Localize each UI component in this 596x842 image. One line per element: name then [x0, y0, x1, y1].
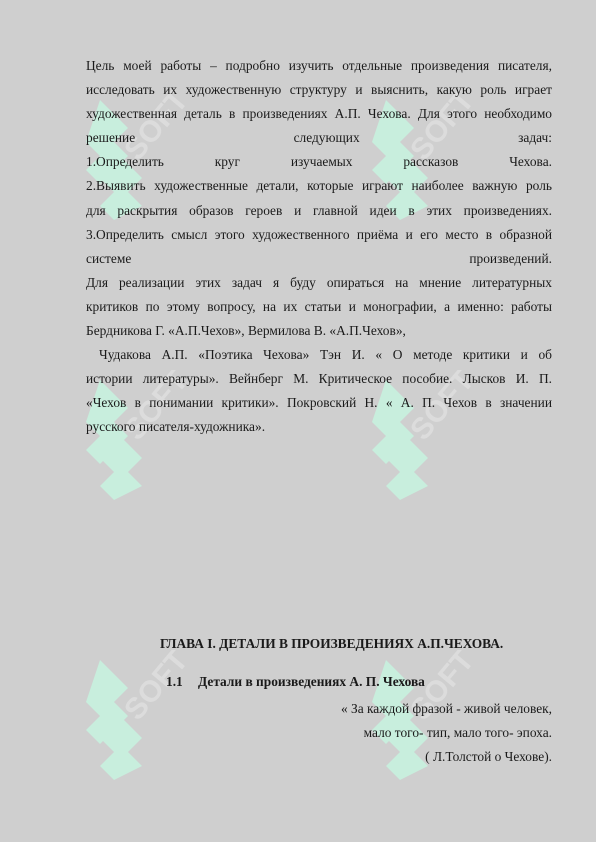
epigraph-line: « За каждой фразой - живой человек,	[341, 697, 552, 721]
body-text-line: Для реализации этих задач я буду опирать…	[86, 271, 552, 295]
body-text-line: Чудакова А.П. «Поэтика Чехова» Тэн И. « …	[86, 343, 552, 367]
body-text-line: истории литературы». Вейнберг М. Критиче…	[86, 367, 552, 391]
body-text-line: 2.Выявить художественные детали, которые…	[86, 174, 552, 198]
intro-paragraph: Цель моей работы – подробно изучить отде…	[86, 54, 552, 319]
watermark-logo-icon: SOFT	[78, 650, 188, 790]
epigraph-attribution: ( Л.Толстой о Чехове).	[341, 745, 552, 769]
document-body: Цель моей работы – подробно изучить отде…	[86, 54, 552, 440]
body-text-line: Цель моей работы – подробно изучить отде…	[86, 54, 552, 78]
section-title: Детали в произведениях А. П. Чехова	[198, 674, 425, 689]
body-text-line: для раскрытия образов героев и главной и…	[86, 199, 552, 223]
body-text-line: исследовать их художественную структуру …	[86, 78, 552, 102]
epigraph-line: мало того- тип, мало того- эпоха.	[341, 721, 552, 745]
epigraph: « За каждой фразой - живой человек, мало…	[341, 697, 552, 769]
body-text-line: 3.Определить смысл этого художественного…	[86, 223, 552, 247]
references-paragraph: Чудакова А.П. «Поэтика Чехова» Тэн И. « …	[86, 343, 552, 415]
body-text-line: русского писателя-художника».	[86, 415, 552, 439]
body-text-line: «Чехов в понимании критики». Покровский …	[86, 391, 552, 415]
body-text-line: 1.Определить круг изучаемых рассказов Че…	[86, 150, 552, 174]
section-number: 1.1	[166, 674, 198, 690]
body-text-line: системе произведений.	[86, 247, 552, 271]
body-text-line: решение следующих задач:	[86, 126, 552, 150]
body-text-line: критиков по этому вопросу, на их статьи …	[86, 295, 552, 319]
section-heading: 1.1Детали в произведениях А. П. Чехова	[166, 674, 425, 690]
body-text-line: художественная деталь в произведениях А.…	[86, 102, 552, 126]
body-text-line: Бердникова Г. «А.П.Чехов», Вермилова В. …	[86, 319, 552, 343]
chapter-heading: ГЛАВА I. ДЕТАЛИ В ПРОИЗВЕДЕНИЯХ А.П.ЧЕХО…	[160, 636, 503, 652]
